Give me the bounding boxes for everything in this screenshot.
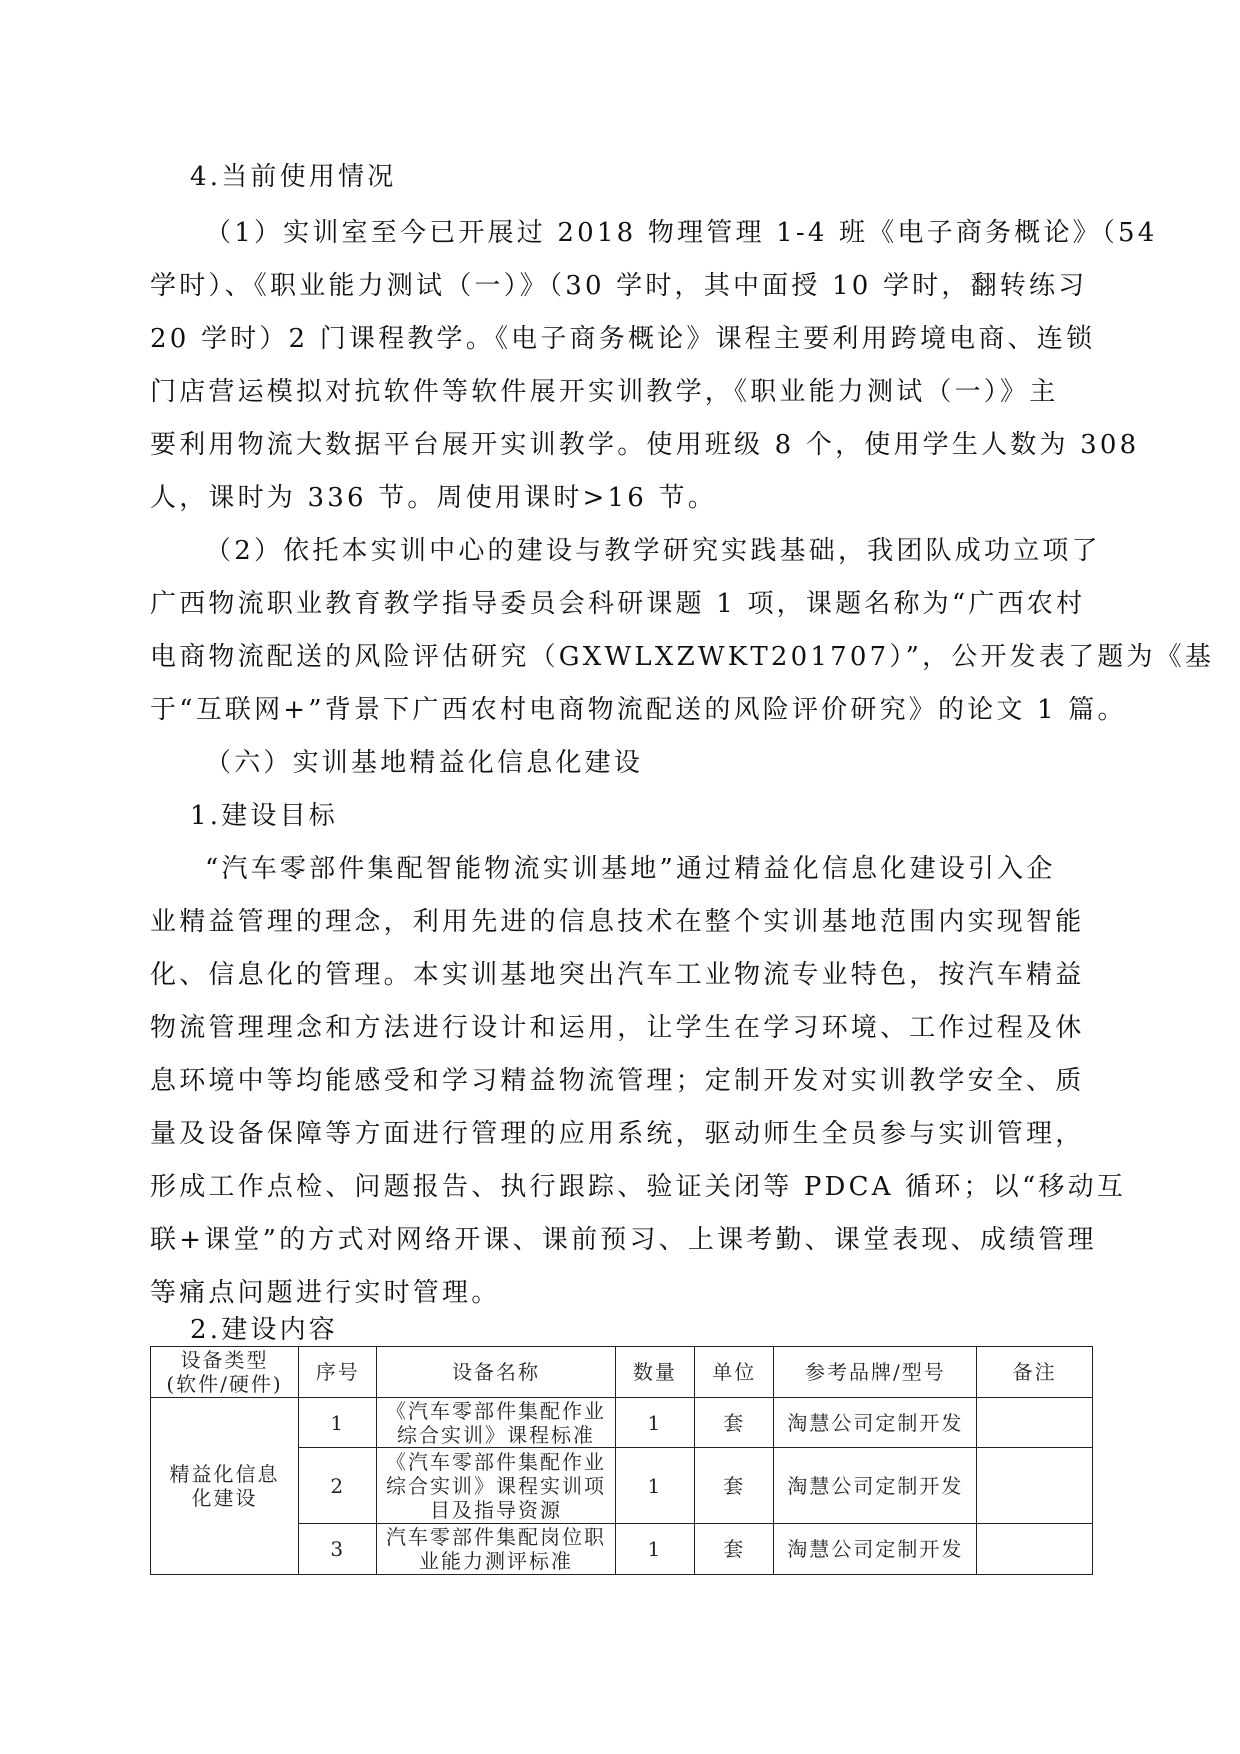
text-line: 要利用物流大数据平台展开实训教学。使用班级 8 个，使用学生人数为 308 [150, 428, 1090, 462]
header-equipment-type: 设备类型 (软件/硬件) [151, 1347, 299, 1398]
header-name: 设备名称 [377, 1347, 615, 1398]
cell-note [977, 1398, 1093, 1448]
cell-note [977, 1524, 1093, 1575]
text-line: “汽车零部件集配智能物流实训基地”通过精益化信息化建设引入企 [205, 852, 1145, 886]
cell-qty: 1 [615, 1524, 694, 1575]
cell-name: 《汽车零部件集配作业 综合实训》课程实训项 目及指导资源 [377, 1448, 615, 1524]
document-page: 4.当前使用情况（1）实训室至今已开展过 2018 物理管理 1-4 班《电子商… [0, 0, 1240, 1754]
text-line: 形成工作点检、问题报告、执行跟踪、验证关闭等 PDCA 循环；以“移动互 [150, 1170, 1090, 1204]
text-line: 息环境中等均能感受和学习精益物流管理；定制开发对实训教学安全、质 [150, 1064, 1090, 1098]
cell-name-line: 汽车零部件集配岗位职 [381, 1525, 610, 1549]
cell-name-line: 综合实训》课程标准 [381, 1423, 610, 1447]
text-line: 化、信息化的管理。本实训基地突出汽车工业物流专业特色，按汽车精益 [150, 958, 1090, 992]
cell-name-line: 目及指导资源 [381, 1498, 610, 1522]
text-line: 1.建设目标 [190, 799, 1130, 833]
cell-brand: 淘慧公司定制开发 [774, 1398, 977, 1448]
cell-brand: 淘慧公司定制开发 [774, 1448, 977, 1524]
text-line: （1）实训室至今已开展过 2018 物理管理 1-4 班《电子商务概论》（54 [205, 216, 1145, 250]
text-line: 联+课堂”的方式对网络开课、课前预习、上课考勤、课堂表现、成绩管理 [150, 1223, 1090, 1257]
cell-qty: 1 [615, 1448, 694, 1524]
cell-seq: 3 [299, 1524, 377, 1575]
equipment-table: 设备类型 (软件/硬件) 序号 设备名称 数量 单位 参考品牌/型号 备注 精益… [150, 1346, 1093, 1575]
text-line: 量及设备保障等方面进行管理的应用系统，驱动师生全员参与实训管理， [150, 1117, 1090, 1151]
cell-name-line: 《汽车零部件集配作业 [381, 1399, 610, 1423]
text-line: （六）实训基地精益化信息化建设 [205, 746, 1145, 780]
text-line: 2.建设内容 [190, 1313, 1130, 1347]
text-line: 物流管理理念和方法进行设计和运用，让学生在学习环境、工作过程及休 [150, 1011, 1090, 1045]
group-line2: 化建设 [155, 1486, 294, 1510]
header-qty: 数量 [615, 1347, 694, 1398]
header-seq: 序号 [299, 1347, 377, 1398]
cell-unit: 套 [695, 1398, 774, 1448]
header-type-line1: 设备类型 [155, 1348, 294, 1372]
text-line: 业精益管理的理念，利用先进的信息技术在整个实训基地范围内实现智能 [150, 905, 1090, 939]
text-line: 20 学时）2 门课程教学。《电子商务概论》课程主要利用跨境电商、连锁 [150, 322, 1090, 356]
table-row: 精益化信息 化建设 1 《汽车零部件集配作业 综合实训》课程标准 1 套 淘慧公… [151, 1398, 1093, 1448]
text-line: 广西物流职业教育教学指导委员会科研课题 1 项，课题名称为“广西农村 [150, 587, 1090, 621]
cell-brand: 淘慧公司定制开发 [774, 1524, 977, 1575]
table-header-row: 设备类型 (软件/硬件) 序号 设备名称 数量 单位 参考品牌/型号 备注 [151, 1347, 1093, 1398]
header-type-line2: (软件/硬件) [155, 1372, 294, 1396]
group-cell: 精益化信息 化建设 [151, 1398, 299, 1575]
text-line: 学时）、《职业能力测试（一）》（30 学时，其中面授 10 学时，翻转练习 [150, 269, 1090, 303]
cell-unit: 套 [695, 1524, 774, 1575]
text-line: 等痛点问题进行实时管理。 [150, 1276, 1090, 1310]
text-line: 4.当前使用情况 [190, 160, 1130, 194]
group-line1: 精益化信息 [155, 1462, 294, 1486]
text-line: 电商物流配送的风险评估研究（GXWLXZWKT201707）”，公开发表了题为《… [150, 640, 1090, 674]
header-brand: 参考品牌/型号 [774, 1347, 977, 1398]
cell-name-line: 综合实训》课程实训项 [381, 1474, 610, 1498]
cell-unit: 套 [695, 1448, 774, 1524]
header-note: 备注 [977, 1347, 1093, 1398]
cell-note [977, 1448, 1093, 1524]
text-line: 门店营运模拟对抗软件等软件展开实训教学，《职业能力测试（一）》主 [150, 375, 1090, 409]
cell-seq: 2 [299, 1448, 377, 1524]
cell-qty: 1 [615, 1398, 694, 1448]
cell-name-line: 《汽车零部件集配作业 [381, 1450, 610, 1474]
text-line: （2）依托本实训中心的建设与教学研究实践基础，我团队成功立项了 [205, 534, 1145, 568]
text-line: 人，课时为 336 节。周使用课时>16 节。 [150, 481, 1090, 515]
cell-seq: 1 [299, 1398, 377, 1448]
cell-name: 《汽车零部件集配作业 综合实训》课程标准 [377, 1398, 615, 1448]
header-unit: 单位 [695, 1347, 774, 1398]
text-line: 于“互联网+”背景下广西农村电商物流配送的风险评价研究》的论文 1 篇。 [150, 693, 1090, 727]
cell-name: 汽车零部件集配岗位职 业能力测评标准 [377, 1524, 615, 1575]
cell-name-line: 业能力测评标准 [381, 1549, 610, 1573]
